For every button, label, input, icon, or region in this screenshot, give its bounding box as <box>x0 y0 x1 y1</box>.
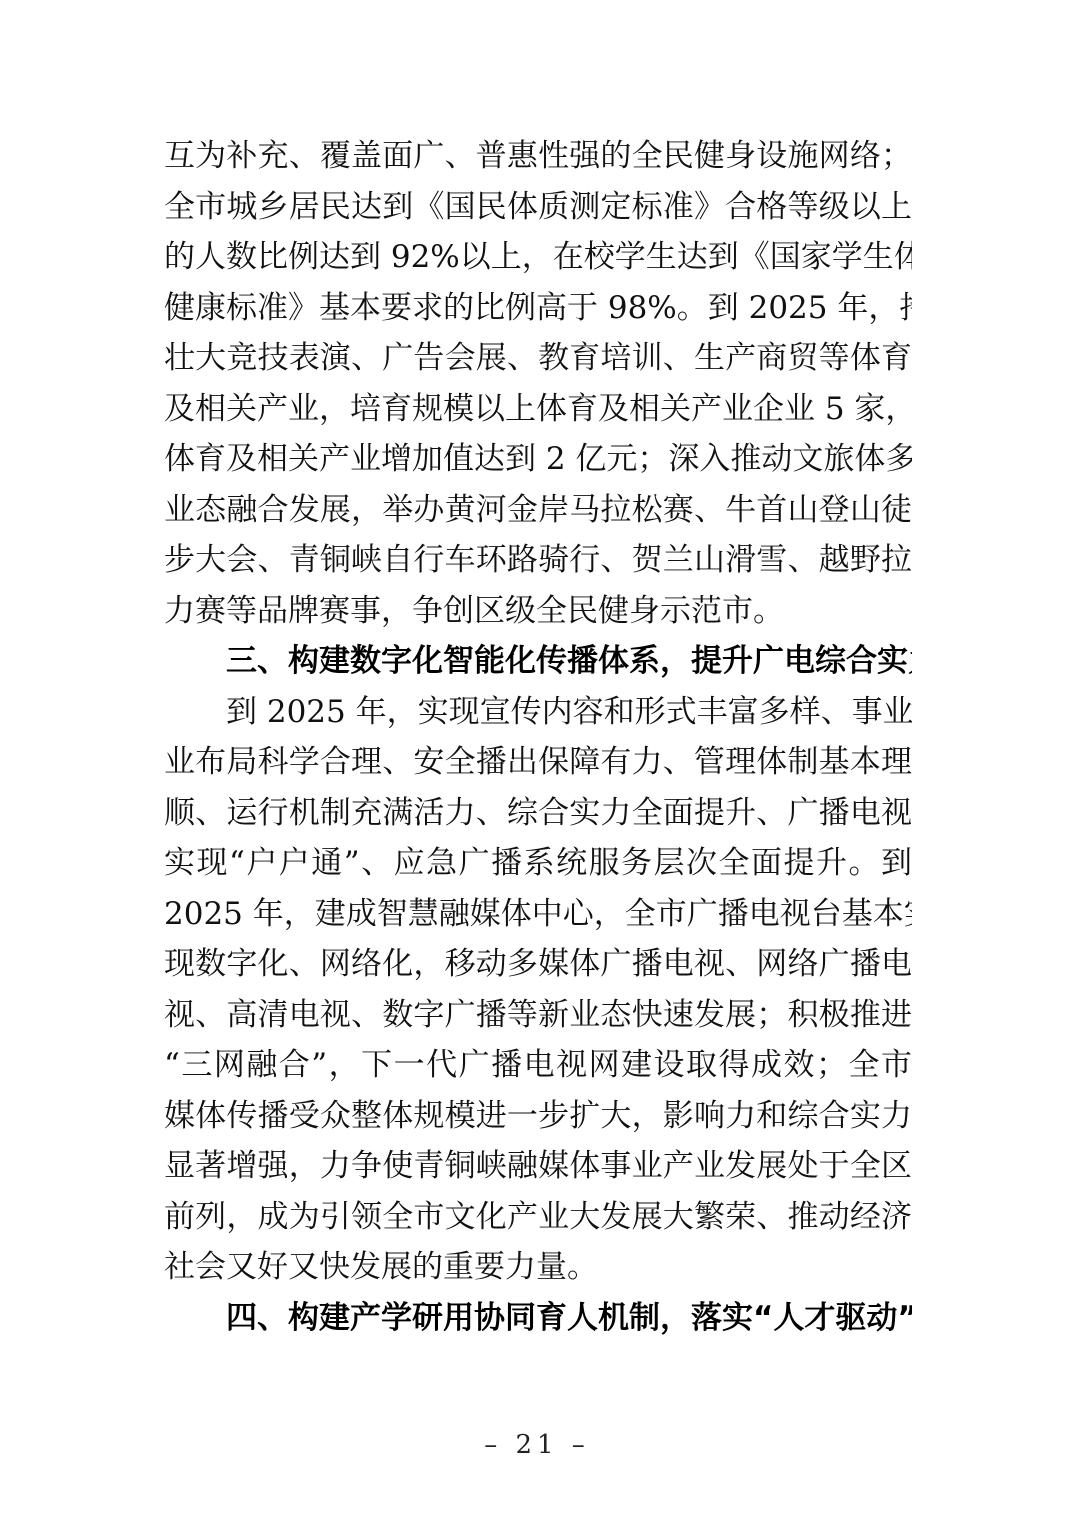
body-line: 显著增强，力争使青铜峡融媒体事业产业发展处于全区 <box>164 1141 912 1192</box>
body-line: 业态融合发展，举办黄河金岸马拉松赛、牛首山登山徒 <box>164 485 912 536</box>
section-heading-3: 三、构建数字化智能化传播体系，提升广电综合实力 <box>164 636 912 687</box>
body-line: 全市城乡居民达到《国民体质测定标准》合格等级以上 <box>164 182 912 233</box>
body-line: 健康标准》基本要求的比例高于 98%。到 2025 年，持续 <box>164 283 912 334</box>
document-body: 互为补充、覆盖面广、普惠性强的全民健身设施网络； 全市城乡居民达到《国民体质测定… <box>164 131 912 1343</box>
body-line: 社会又好又快发展的重要力量。 <box>164 1242 912 1293</box>
body-line: 及相关产业，培育规模以上体育及相关产业企业 5 家， <box>164 384 912 435</box>
body-line: 业布局科学合理、安全播出保障有力、管理体制基本理 <box>164 737 912 788</box>
body-line: 媒体传播受众整体规模进一步扩大，影响力和综合实力 <box>164 1091 912 1142</box>
body-line: 视、高清电视、数字广播等新业态快速发展；积极推进 <box>164 990 912 1041</box>
body-line: 实现“户户通”、应急广播系统服务层次全面提升。到 <box>164 838 912 889</box>
body-line: 前列，成为引领全市文化产业大发展大繁荣、推动经济 <box>164 1192 912 1243</box>
body-line: 互为补充、覆盖面广、普惠性强的全民健身设施网络； <box>164 131 912 182</box>
body-line: 壮大竞技表演、广告会展、教育培训、生产商贸等体育 <box>164 333 912 384</box>
document-page: 互为补充、覆盖面广、普惠性强的全民健身设施网络； 全市城乡居民达到《国民体质测定… <box>0 0 1074 1520</box>
body-line: 2025 年，建成智慧融媒体中心，全市广播电视台基本实 <box>164 889 912 940</box>
body-line: 体育及相关产业增加值达到 2 亿元；深入推动文旅体多 <box>164 434 912 485</box>
page-number: – 21 – <box>0 1430 1074 1460</box>
body-line: 的人数比例达到 92%以上，在校学生达到《国家学生体质 <box>164 232 912 283</box>
section-heading-4: 四、构建产学研用协同育人机制，落实“人才驱动” <box>164 1293 912 1344</box>
body-line: 现数字化、网络化，移动多媒体广播电视、网络广播电 <box>164 939 912 990</box>
body-line: 顺、运行机制充满活力、综合实力全面提升、广播电视 <box>164 788 912 839</box>
body-line: 步大会、青铜峡自行车环路骑行、贺兰山滑雪、越野拉 <box>164 535 912 586</box>
body-line: 力赛等品牌赛事，争创区级全民健身示范市。 <box>164 586 912 637</box>
body-line: “三网融合”，下一代广播电视网建设取得成效；全市 <box>164 1040 912 1091</box>
body-line: 到 2025 年，实现宣传内容和形式丰富多样、事业产 <box>164 687 912 738</box>
